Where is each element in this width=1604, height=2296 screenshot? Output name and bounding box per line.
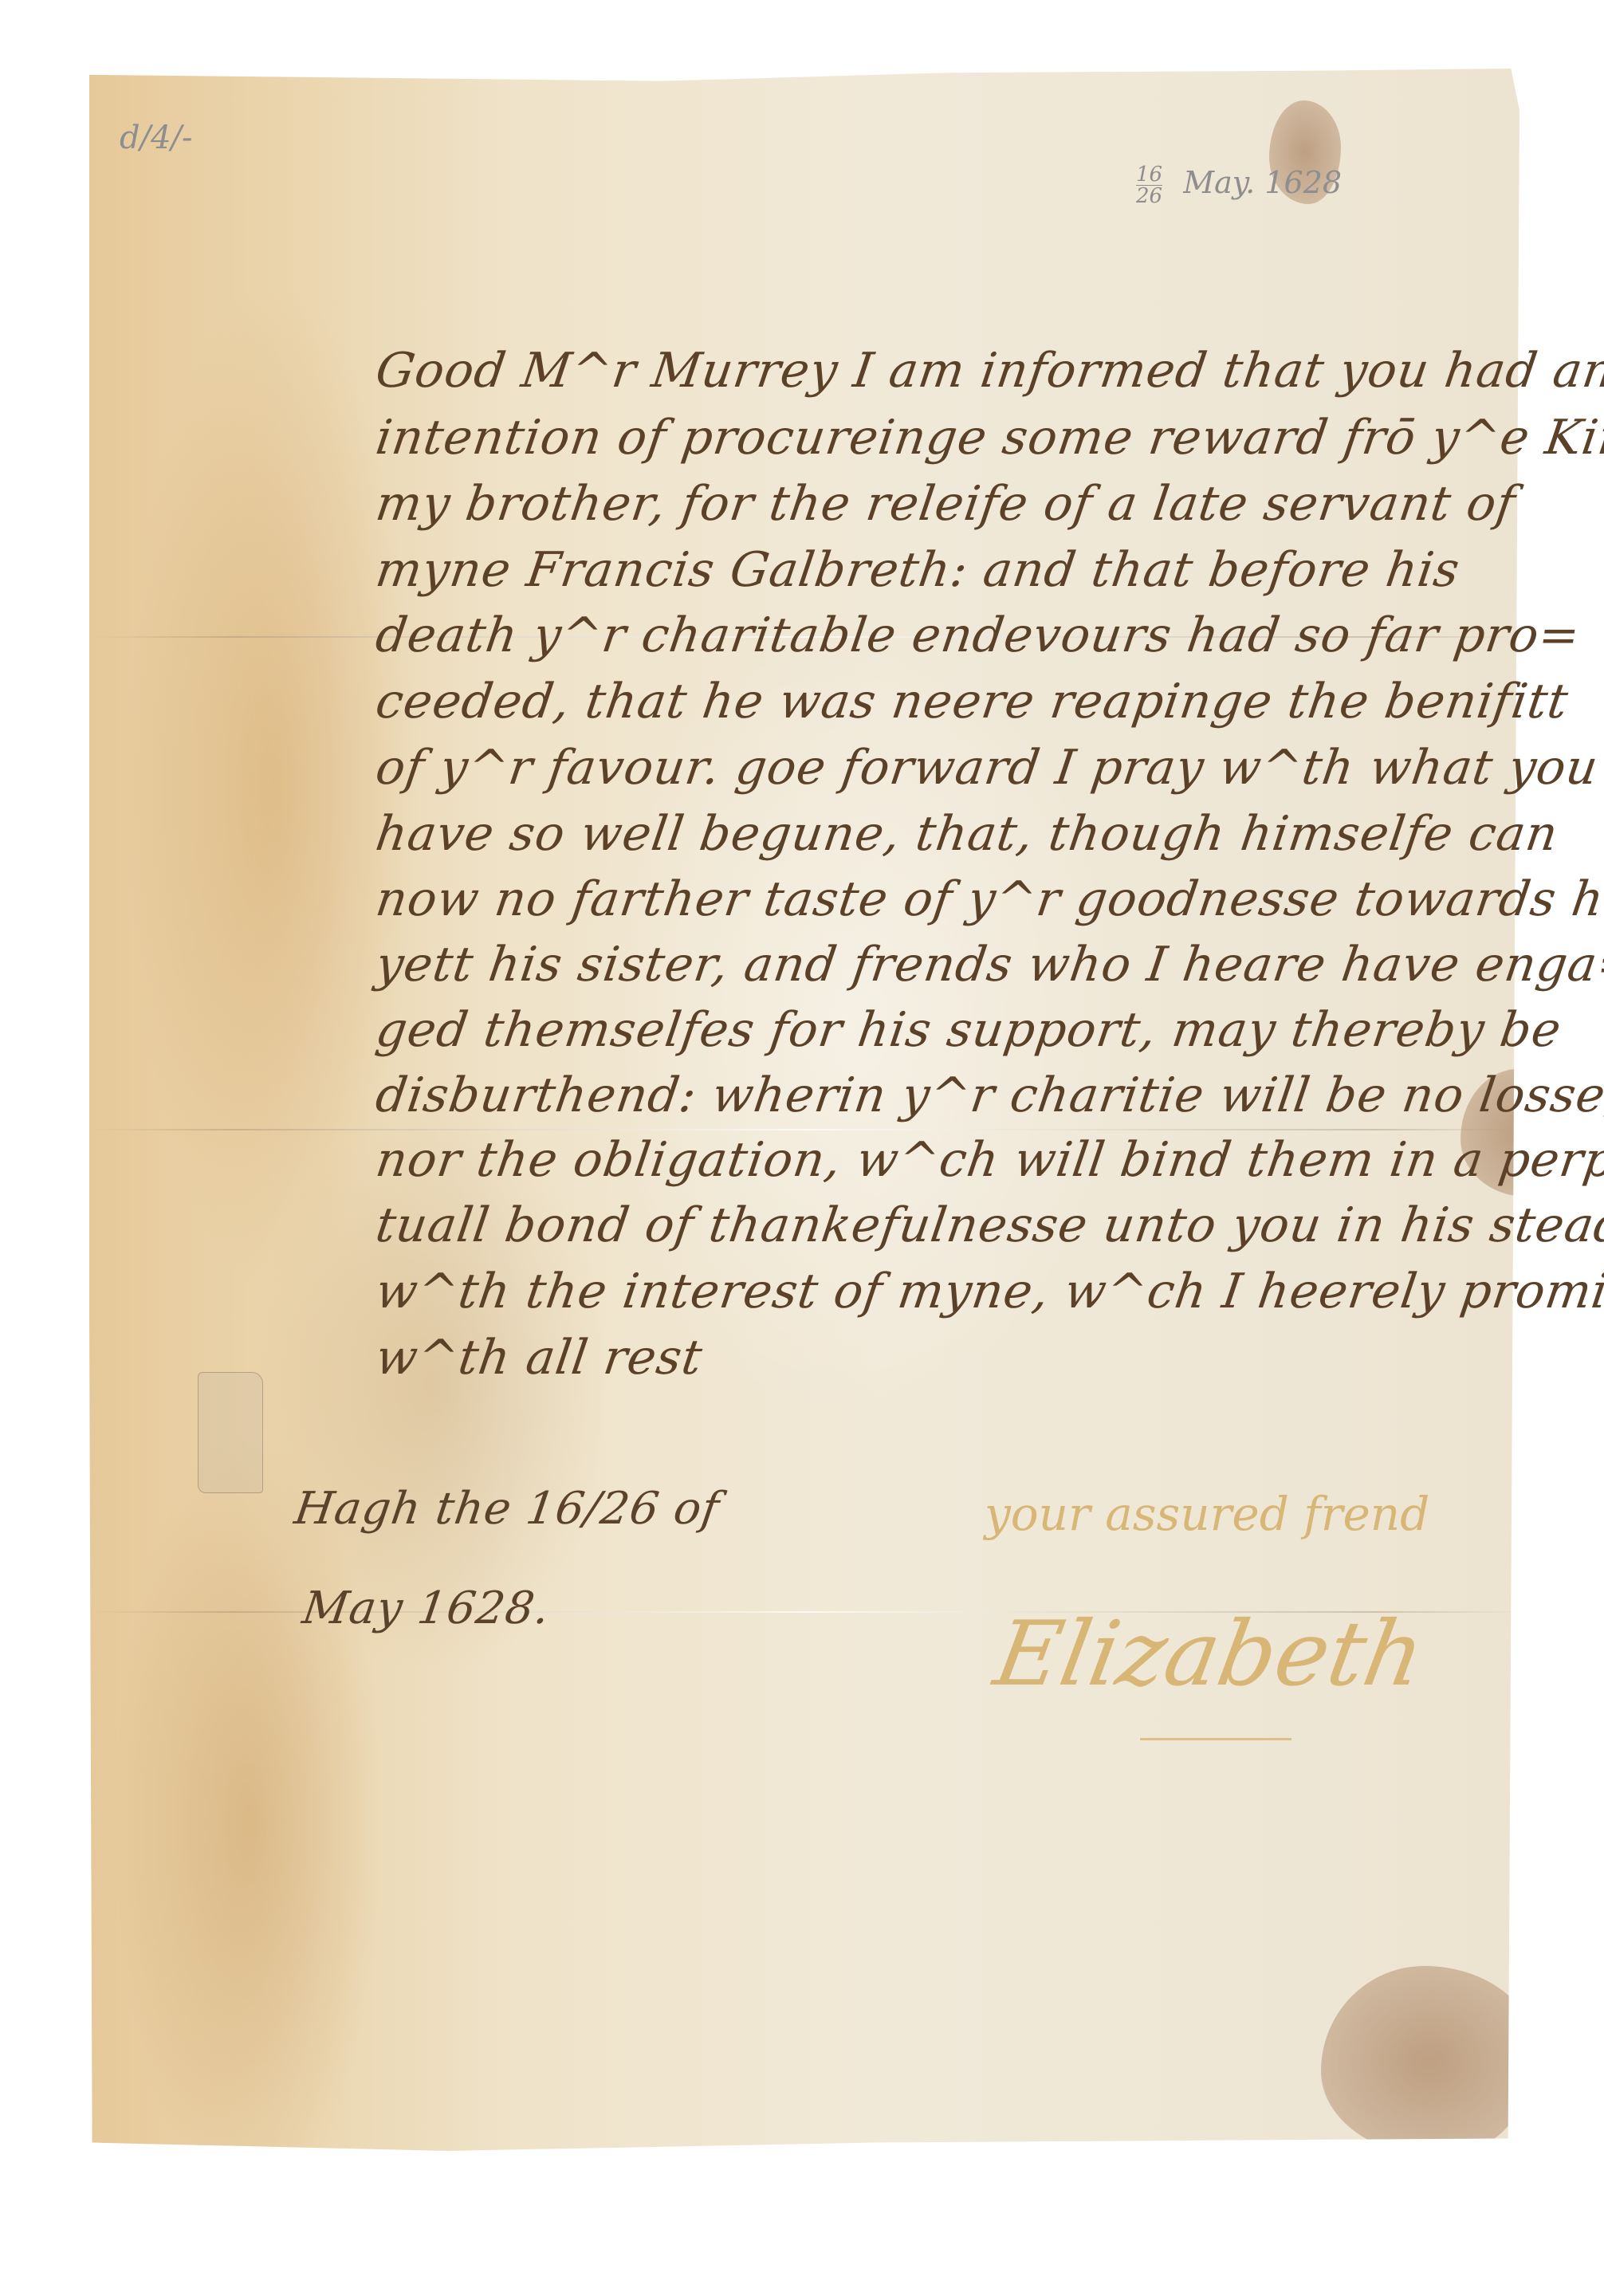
body-line: nor the obligation, w^ch will bind them … xyxy=(372,1132,1604,1188)
fold-line xyxy=(89,1129,1519,1130)
body-line: myne Francis Galbreth: and that before h… xyxy=(372,542,1464,598)
body-line: have so well begune, that, though himsel… xyxy=(372,806,1562,862)
body-line: of y^r favour. goe forward I pray w^th w… xyxy=(372,740,1602,796)
pencil-date-fraction: 16 26 xyxy=(1136,164,1162,206)
body-line: my brother, for the releife of a late se… xyxy=(372,476,1519,532)
body-line: now no farther taste of y^r goodnesse to… xyxy=(372,871,1604,927)
dateline-date: May 1628. xyxy=(299,1582,553,1634)
body-line: Good M^r Murrey I am informed that you h… xyxy=(372,343,1604,399)
signature-flourish xyxy=(1140,1738,1291,1740)
fraction-top: 16 xyxy=(1136,164,1162,186)
dateline-place: Hagh the 16/26 of xyxy=(291,1483,722,1535)
archive-mark: d/4/- xyxy=(120,120,193,156)
body-line: disburthend: wherin y^r charitie will be… xyxy=(372,1067,1604,1123)
closing-salutation: your assured frend xyxy=(985,1487,1429,1541)
fraction-bottom: 26 xyxy=(1136,186,1162,206)
body-line: yett his sister, and frends who I heare … xyxy=(372,937,1604,993)
signature: Elizabeth xyxy=(988,1602,1432,1706)
body-line: w^th the interest of myne, w^ch I heerel… xyxy=(372,1264,1604,1319)
body-line: tuall bond of thankefulnesse unto you in… xyxy=(372,1197,1604,1253)
body-line: ceeded, that he was neere reapinge the b… xyxy=(372,674,1572,729)
pencil-date: 16 26 May. 1628 xyxy=(1136,164,1342,206)
body-line: ged themselfes for his support, may ther… xyxy=(372,1002,1565,1058)
body-line: death y^r charitable endevours had so fa… xyxy=(372,607,1584,663)
paper-repair-patch xyxy=(198,1372,263,1493)
body-line: intention of procureinge some reward frō… xyxy=(372,410,1604,466)
body-line: w^th all rest xyxy=(372,1330,706,1386)
stain-bottom-right xyxy=(1321,1966,1536,2157)
pencil-date-text: May. 1628 xyxy=(1183,165,1342,200)
